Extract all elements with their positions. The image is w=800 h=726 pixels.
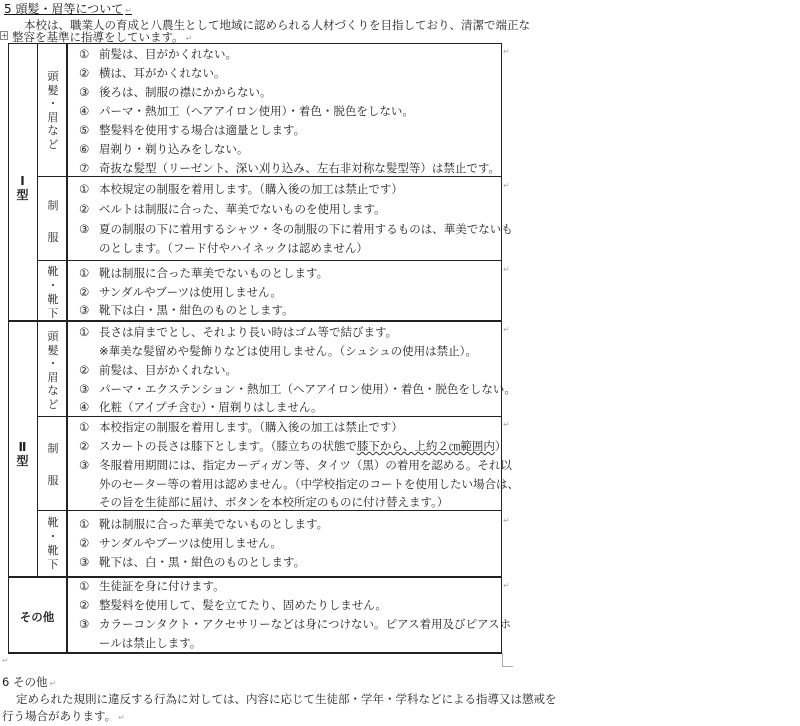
type1-hair-item: ①前髪は、目がかくれない。: [79, 49, 237, 61]
paragraph-mark: ↵: [186, 34, 193, 43]
item-text: 化粧（アイプチ含む）・眉剃りはしません。: [99, 400, 323, 414]
item-number: ①: [79, 327, 99, 339]
item-number: ②: [79, 68, 99, 80]
item-number: ③: [79, 384, 99, 396]
cat-char: 靴: [38, 265, 68, 279]
type2-hair-item: ②前髪は、目がかくれない。: [79, 365, 237, 377]
type1-uniform-category: 制 服: [38, 198, 68, 246]
section6-line1: 定められた規則に違反する行為に対しては、内容に応じて生徒部・学年・学科などによる…: [16, 694, 557, 706]
item-text: 靴下は白・黒・紺色のものとします。: [99, 303, 294, 317]
cat-char: 服: [38, 230, 68, 246]
cat-char: 眉: [38, 111, 68, 125]
cat-char: ・: [38, 279, 68, 293]
cat-char: 下: [38, 558, 68, 572]
other-category-label: その他: [8, 612, 66, 624]
end-of-row-mark: ↵: [503, 48, 510, 56]
table-border-right: [501, 43, 502, 653]
cat-char: 髪: [38, 344, 68, 358]
type1-hair-item: ⑤整髪料を使用する場合は適量とします。: [79, 125, 305, 137]
row-divider-type: [8, 576, 502, 578]
item-text: サンダルやブーツは使用しません。: [99, 285, 282, 299]
item-number: ②: [79, 204, 99, 216]
item-text: サンダルやブーツは使用しません。: [99, 536, 282, 550]
cat-char: [38, 456, 68, 465]
type1-shoes-category: 靴 ・ 靴 下: [38, 265, 68, 321]
item-number: ③: [79, 87, 99, 99]
type1-shoes-item: ②サンダルやブーツは使用しません。: [79, 287, 282, 299]
row-divider: [37, 416, 502, 417]
cat-char: な: [38, 124, 68, 138]
type2-hair-item: ④化粧（アイプチ含む）・眉剃りはしません。: [79, 402, 323, 414]
other-item: ③カラーコンタクト・アクセサリーなどは身につけない。ピアス着用及びピアスホ: [79, 619, 511, 631]
cat-char: 制: [38, 442, 68, 456]
cat-char: 頭: [38, 330, 68, 344]
type2-shoes-category: 靴 ・ 靴 下: [38, 516, 68, 572]
cat-char: 靴: [38, 516, 68, 530]
paragraph-mark: ↵: [125, 6, 132, 15]
type2-hair-item: ※華美な髪留めや髪飾りなどは使用しません。（シュシュの使用は禁止）。: [79, 346, 477, 358]
empty-paragraph-mark: ↵: [2, 657, 9, 665]
item-text: その旨を生徒部に届け、ボタンを本校所定のものに付け替えます。）: [99, 495, 448, 509]
item-number: ①: [79, 268, 99, 280]
table-border-top: [8, 43, 502, 44]
paragraph-mark: ↵: [118, 713, 125, 722]
type1-hair-item: ③後ろは、制服の襟にかからない。: [79, 87, 272, 99]
cat-char: ど: [38, 398, 68, 412]
item-text: のとします。（フード付やハイネックは認めません）: [99, 241, 368, 255]
item-number: ①: [79, 519, 99, 531]
type2-uniform-category: 制 服: [38, 442, 68, 488]
item-text: ※華美な髪留めや髪飾りなどは使用しません。（シュシュの使用は禁止）。: [99, 344, 477, 358]
cat-char: 服: [38, 474, 68, 488]
item-text: 奇抜な髪型（リーゼント、深い刈り込み、左右非対称な髪型等）は禁止です。: [99, 161, 500, 175]
item-text: カラーコンタクト・アクセサリーなどは身につけない。ピアス着用及びピアスホ: [99, 617, 511, 631]
item-number: ②: [79, 600, 99, 612]
item-text: 靴下は、白・黒・紺色のものとします。: [99, 555, 305, 569]
type2-uniform-item: ③冬服着用期間には、指定カーディガン等、タイツ（黒）の着用を認める。それ以: [79, 460, 512, 472]
item-text: 本校規定の制服を着用します。（購入後の加工は禁止です）: [99, 182, 403, 196]
item-text: 整髪料を使用して、髪を立てたり、固めたりしません。: [99, 598, 387, 612]
item-number: ②: [79, 441, 99, 453]
section5-intro-line2: 整容を基準に指導をしています。↵: [12, 32, 192, 44]
item-number: ③: [79, 305, 99, 317]
cat-char: ど: [38, 138, 68, 152]
item-text: 冬服着用期間には、指定カーディガン等、タイツ（黒）の着用を認める。それ以: [99, 458, 512, 472]
item-text: 外のセーター等の着用は認めません。（中学校指定のコートを使用したい場合は、: [99, 477, 519, 491]
item-text: ベルトは制服に合った、華美でないものを使用します。: [99, 202, 386, 216]
item-text: 整髪料を使用する場合は適量とします。: [99, 123, 305, 137]
type2-uniform-item: 外のセーター等の着用は認めません。（中学校指定のコートを使用したい場合は、: [79, 479, 519, 491]
item-text: パーマ・エクステンション・熱加工（ヘアアイロン使用）・着色・脱色をしない。: [99, 382, 516, 396]
type2-label: Ⅱ型: [8, 440, 37, 468]
item-text: 夏の制服の下に着用するシャツ・冬の制服の下に着用するものは、華美でないも: [99, 222, 513, 236]
item-number: ③: [79, 557, 99, 569]
type1-hair-item: ②横は、耳がかくれない。: [79, 68, 226, 80]
section5-heading-text: 5 頭髪・眉等について: [4, 2, 123, 16]
item-number: ⑤: [79, 125, 99, 137]
type1-shoes-item: ③靴下は白・黒・紺色のものとします。: [79, 305, 294, 317]
item-text: 横は、耳がかくれない。: [99, 66, 226, 80]
cat-char: ・: [38, 97, 68, 111]
end-of-row-mark: ↵: [503, 517, 510, 525]
row-divider-type: [8, 320, 502, 322]
type1-uniform-item: ②ベルトは制服に合った、華美でないものを使用します。: [79, 204, 386, 216]
item-number: ②: [79, 287, 99, 299]
cat-char: 髪: [38, 84, 68, 98]
paragraph-mark: ↵: [49, 679, 56, 688]
cat-char: 頭: [38, 70, 68, 84]
item-text: 眉剃り・剃り込みをしない。: [99, 142, 249, 156]
type1-hair-item: ⑥眉剃り・剃り込みをしない。: [79, 144, 249, 156]
type2-shoes-item: ③靴下は、白・黒・紺色のものとします。: [79, 557, 305, 569]
item-number: ②: [79, 538, 99, 550]
item-number: ③: [79, 224, 99, 236]
section5-heading: 5 頭髪・眉等について↵: [4, 3, 132, 15]
item-text: 生徒証を身に付けます。: [99, 579, 225, 593]
type1-hair-item: ④パーマ・熱加工（ヘアアイロン使用）・着色・脱色をしない。: [79, 106, 414, 118]
cat-char: [38, 214, 68, 230]
other-item: ールは禁止します。: [79, 638, 201, 650]
end-of-row-mark: ↵: [503, 266, 510, 274]
table-end-corner-mark: [502, 653, 513, 667]
section6-line2: 行う場合があります。↵: [2, 711, 125, 723]
item-text: ールは禁止します。: [99, 636, 201, 650]
item-number: ③: [79, 619, 99, 631]
table-border-left: [8, 43, 9, 653]
item-text: 後ろは、制服の襟にかからない。: [99, 85, 272, 99]
item-number: ④: [79, 402, 99, 414]
end-of-row-mark: ↵: [503, 421, 510, 429]
type1-shoes-item: ①靴は制服に合った華美でないものとします。: [79, 268, 328, 280]
cat-char: な: [38, 384, 68, 398]
item-number: ①: [79, 422, 99, 434]
type2-hair-category: 頭 髪 ・ 眉 な ど: [38, 330, 68, 411]
end-of-row-mark: ↵: [503, 582, 510, 590]
type2-shoes-item: ①靴は制服に合った華美でないものとします。: [79, 519, 328, 531]
other-item: ②整髪料を使用して、髪を立てたり、固めたりしません。: [79, 600, 387, 612]
item-text: 前髪は、目がかくれない。: [99, 363, 237, 377]
type2-hair-item: ①長さは肩までとし、それより長い時はゴム等で結びます。: [79, 327, 397, 339]
item-number: ①: [79, 49, 99, 61]
cat-char: 眉: [38, 371, 68, 385]
end-of-row-mark: ↵: [503, 182, 510, 190]
item-text: 本校指定の制服を着用します。（購入後の加工は禁止です）: [99, 420, 403, 434]
item-text: 靴は制服に合った華美でないものとします。: [99, 517, 328, 531]
type1-uniform-item: のとします。（フード付やハイネックは認めません）: [79, 243, 368, 255]
item-number: ⑥: [79, 144, 99, 156]
end-of-row-mark: ↵: [503, 326, 510, 334]
item-number: ②: [79, 365, 99, 377]
table-move-handle-icon[interactable]: +: [0, 31, 8, 40]
type2-uniform-item: ②スカートの長さは膝下とします。（膝立ちの状態で膝下から、上約２㎝範囲内）: [79, 441, 506, 453]
type1-hair-item: ⑦奇抜な髪型（リーゼント、深い刈り込み、左右非対称な髪型等）は禁止です。: [79, 163, 500, 175]
section5-intro-line2-text: 整容を基準に指導をしています。: [12, 30, 184, 44]
type1-label: Ⅰ型: [8, 174, 37, 202]
item-number: ④: [79, 106, 99, 118]
item-number: ①: [79, 184, 99, 196]
section6-heading: 6 その他↵: [2, 677, 56, 689]
item-text: 前髪は、目がかくれない。: [99, 47, 237, 61]
section6-line2-text: 行う場合があります。: [2, 709, 116, 723]
section6-heading-text: 6 その他: [2, 675, 47, 689]
item-text: パーマ・熱加工（ヘアアイロン使用）・着色・脱色をしない。: [99, 104, 414, 118]
type1-label-text: Ⅰ型: [16, 174, 30, 202]
cat-char: 靴: [38, 293, 68, 307]
type1-uniform-item: ①本校規定の制服を着用します。（購入後の加工は禁止です）: [79, 184, 403, 196]
cat-char: 制: [38, 198, 68, 214]
other-item: ①生徒証を身に付けます。: [79, 581, 225, 593]
table-border-bottom: [8, 652, 502, 654]
cat-char: ・: [38, 357, 68, 371]
row-divider: [37, 176, 502, 177]
type2-hair-item: ③パーマ・エクステンション・熱加工（ヘアアイロン使用）・着色・脱色をしない。: [79, 384, 516, 396]
item-text: スカートの長さは膝下とします。（膝立ちの状態で: [99, 439, 357, 453]
item-text: 長さは肩までとし、それより長い時はゴム等で結びます。: [99, 325, 397, 339]
type1-uniform-item: ③夏の制服の下に着用するシャツ・冬の制服の下に着用するものは、華美でないも: [79, 224, 513, 236]
row-divider: [37, 510, 502, 511]
type2-uniform-item: その旨を生徒部に届け、ボタンを本校所定のものに付け替えます。）: [79, 497, 448, 509]
type2-uniform-item: ①本校指定の制服を着用します。（購入後の加工は禁止です）: [79, 422, 403, 434]
item-number: ③: [79, 460, 99, 472]
row-divider: [37, 260, 502, 261]
item-text: 靴は制服に合った華美でないものとします。: [99, 266, 328, 280]
cat-char: ・: [38, 530, 68, 544]
cat-char: [38, 465, 68, 474]
item-number: ①: [79, 581, 99, 593]
spellcheck-underlined-text: 膝下から、上約２㎝範囲内: [357, 439, 495, 453]
item-number: ⑦: [79, 163, 99, 175]
cat-char: 靴: [38, 544, 68, 558]
type2-label-text: Ⅱ型: [16, 440, 30, 468]
type2-shoes-item: ②サンダルやブーツは使用しません。: [79, 538, 282, 550]
cat-char: 下: [38, 307, 68, 321]
item-text-tail: ）: [495, 439, 507, 453]
type1-hair-category: 頭 髪 ・ 眉 な ど: [38, 70, 68, 151]
